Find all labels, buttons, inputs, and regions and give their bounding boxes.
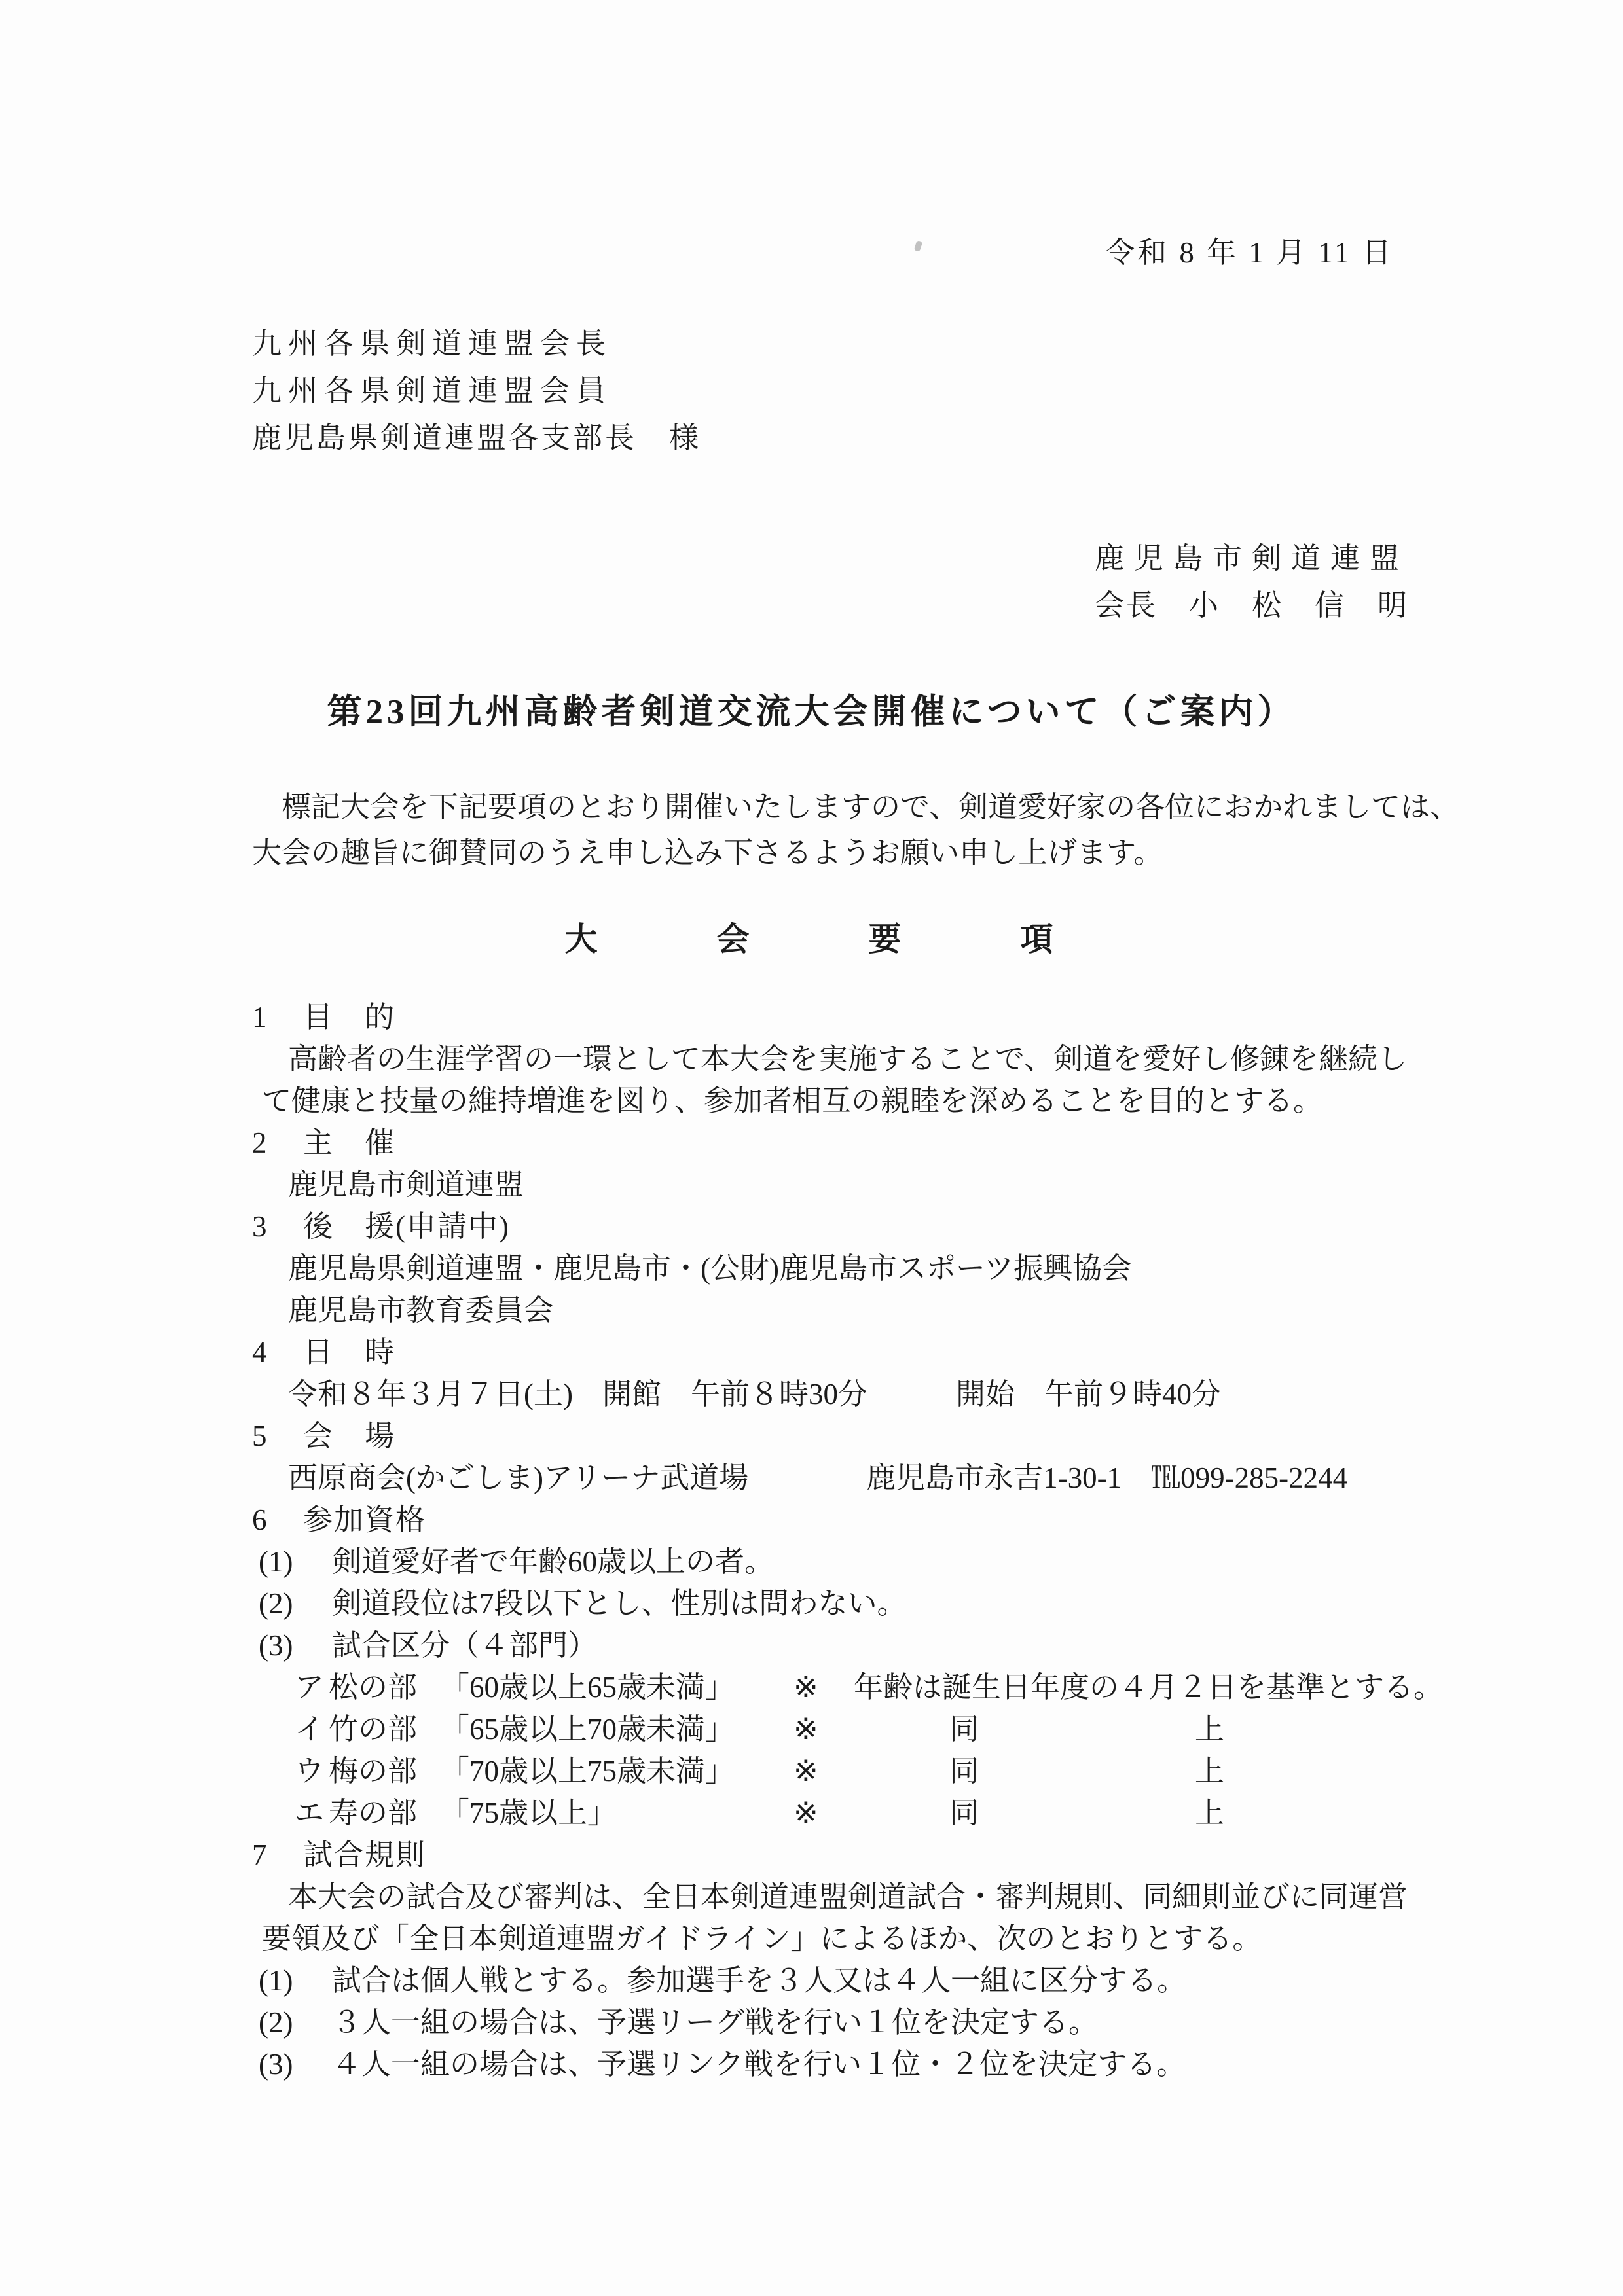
document-page: 令和 8 年 1 月 11 日 九州各県剣道連盟会長 九州各県剣道連盟会員 鹿児… xyxy=(0,0,1623,2296)
sender-organization: 鹿児島市剣道連盟 xyxy=(1095,535,1623,582)
division-kana: ウ xyxy=(295,1750,329,1792)
section-organizer: 2主 催 鹿児島市剣道連盟 xyxy=(0,1122,1623,1206)
reference-mark: ※ xyxy=(793,1750,839,1792)
section-body-line: 鹿児島市教育委員会 xyxy=(288,1289,1623,1331)
ditto-mark: 上 xyxy=(1195,1708,1224,1750)
section-body-line: 本大会の試合及び審判は、全日本剣道連盟剣道試合・審判規則、同細則並びに同運営 xyxy=(288,1876,1623,1918)
reference-mark: ※ xyxy=(793,1666,839,1708)
division-name: 松の部 xyxy=(329,1666,440,1708)
item-number: (1) xyxy=(259,1960,332,2001)
section-label: 参加資格 xyxy=(303,1503,426,1536)
division-row: ウ梅の部「70歳以上75歳未満」※同上 xyxy=(295,1750,1623,1792)
section-number: 6 xyxy=(252,1499,303,1541)
division-kana: ア xyxy=(295,1666,329,1708)
division-name: 梅の部 xyxy=(329,1750,440,1792)
section-venue: 5会 場 西原商会(かごしま)アリーナ武道場 鹿児島市永吉1-30-1 ℡099… xyxy=(0,1415,1623,1499)
section-number: 3 xyxy=(252,1206,303,1247)
intro-paragraph: 標記大会を下記要項のとおり開催いたしますので、剣道愛好家の各位におかれましては、… xyxy=(0,784,1623,876)
division-age-range: 「60歳以上65歳未満」 xyxy=(440,1666,793,1708)
recipient-line: 九州各県剣道連盟会長 xyxy=(252,320,1623,367)
recipient-line: 鹿児島県剣道連盟各支部長 様 xyxy=(252,414,1623,461)
age-basis-note: 年齢は誕生日年度の４月２日を基準とする。 xyxy=(854,1666,1443,1708)
sender-block: 鹿児島市剣道連盟 会長 小 松 信 明 xyxy=(1095,535,1623,629)
item-text: ３人一組の場合は、予選リーグ戦を行い１位を決定する。 xyxy=(332,2006,1098,2039)
section-label: 目 的 xyxy=(303,1001,395,1033)
section-label: 主 催 xyxy=(303,1126,395,1159)
recipient-line: 九州各県剣道連盟会員 xyxy=(252,367,1623,414)
section-label: 会 場 xyxy=(303,1420,395,1452)
intro-line: 標記大会を下記要項のとおり開催いたしますので、剣道愛好家の各位におかれましては、 xyxy=(282,784,1623,830)
section-heading: 6参加資格 xyxy=(252,1499,1623,1541)
section-body-line: 鹿児島市剣道連盟 xyxy=(288,1164,1623,1206)
section-heading: 7試合規則 xyxy=(252,1834,1623,1876)
rule-item: (2)３人一組の場合は、予選リーグ戦を行い１位を決定する。 xyxy=(259,2001,1623,2043)
item-number: (2) xyxy=(259,2001,332,2043)
section-heading: 4日 時 xyxy=(252,1331,1623,1373)
section-support: 3後 援(申請中) 鹿児島県剣道連盟・鹿児島市・(公財)鹿児島市スポーツ振興協会… xyxy=(0,1206,1623,1331)
division-age-range: 「70歳以上75歳未満」 xyxy=(440,1750,793,1792)
division-kana: エ xyxy=(295,1792,329,1834)
intro-line: 大会の趣旨に御賛同のうえ申し込み下さるようお願い申し上げます。 xyxy=(252,830,1623,876)
eligibility-item: (2)剣道段位は7段以下とし、性別は問わない。 xyxy=(259,1583,1623,1624)
division-age-range: 「65歳以上70歳未満」 xyxy=(440,1708,793,1750)
recipient-block: 九州各県剣道連盟会長 九州各県剣道連盟会員 鹿児島県剣道連盟各支部長 様 xyxy=(252,320,1623,461)
item-text: 試合区分（４部門） xyxy=(332,1629,597,1662)
section-body-line: て健康と技量の維持増進を図り、参加者相互の親睦を深めることを目的とする。 xyxy=(262,1080,1623,1122)
ditto-mark: 上 xyxy=(1195,1750,1224,1792)
item-text: ４人一組の場合は、予選リンク戦を行い１位・２位を決定する。 xyxy=(332,2048,1186,2081)
ditto-mark: 上 xyxy=(1195,1792,1224,1834)
item-text: 試合は個人戦とする。参加選手を３人又は４人一組に区分する。 xyxy=(332,1964,1186,1997)
section-body-line: 鹿児島県剣道連盟・鹿児島市・(公財)鹿児島市スポーツ振興協会 xyxy=(288,1247,1623,1289)
section-body-line: 高齢者の生涯学習の一環として本大会を実施することで、剣道を愛好し修錬を継続し xyxy=(288,1038,1623,1080)
document-title: 第23回九州高齢者剣道交流大会開催について（ご案内） xyxy=(0,691,1623,733)
item-text: 剣道段位は7段以下とし、性別は問わない。 xyxy=(332,1587,907,1620)
section-body-line: 要領及び「全日本剣道連盟ガイドライン」によるほか、次のとおりとする。 xyxy=(262,1918,1623,1960)
outline-heading: 大 会 要 項 xyxy=(0,916,1623,962)
rule-item: (3)４人一組の場合は、予選リンク戦を行い１位・２位を決定する。 xyxy=(259,2043,1623,2085)
section-number: 7 xyxy=(252,1834,303,1876)
section-datetime: 4日 時 令和８年３月７日(土) 開館 午前８時30分 開始 午前９時40分 xyxy=(0,1331,1623,1415)
issue-date: 令和 8 年 1 月 11 日 xyxy=(0,232,1623,273)
section-heading: 2主 催 xyxy=(252,1122,1623,1164)
item-number: (3) xyxy=(259,1624,332,1666)
section-label: 日 時 xyxy=(303,1336,395,1369)
section-label: 試合規則 xyxy=(303,1839,426,1871)
reference-mark: ※ xyxy=(793,1792,839,1834)
section-number: 4 xyxy=(252,1331,303,1373)
section-heading: 1目 的 xyxy=(252,996,1623,1038)
item-number: (2) xyxy=(259,1583,332,1624)
section-match-rules: 7試合規則 本大会の試合及び審判は、全日本剣道連盟剣道試合・審判規則、同細則並び… xyxy=(0,1834,1623,2085)
item-number: (1) xyxy=(259,1541,332,1583)
division-row: ア松の部「60歳以上65歳未満」※年齢は誕生日年度の４月２日を基準とする。 xyxy=(295,1666,1623,1708)
outline-body: 1目 的 高齢者の生涯学習の一環として本大会を実施することで、剣道を愛好し修錬を… xyxy=(0,996,1623,2085)
ditto-mark: 同 xyxy=(949,1708,979,1750)
ditto-mark: 同 xyxy=(949,1792,979,1834)
section-heading: 3後 援(申請中) xyxy=(252,1206,1623,1247)
division-row: エ寿の部「75歳以上」※同上 xyxy=(295,1792,1623,1834)
division-kana: イ xyxy=(295,1708,329,1750)
section-number: 1 xyxy=(252,996,303,1038)
section-number: 5 xyxy=(252,1415,303,1457)
item-number: (3) xyxy=(259,2043,332,2085)
eligibility-item: (3)試合区分（４部門） xyxy=(259,1624,1623,1666)
eligibility-item: (1)剣道愛好者で年齢60歳以上の者。 xyxy=(259,1541,1623,1583)
division-name: 寿の部 xyxy=(329,1792,440,1834)
section-label: 後 援(申請中) xyxy=(303,1210,510,1243)
item-text: 剣道愛好者で年齢60歳以上の者。 xyxy=(332,1545,774,1578)
division-age-range: 「75歳以上」 xyxy=(440,1792,793,1834)
rule-item: (1)試合は個人戦とする。参加選手を３人又は４人一組に区分する。 xyxy=(259,1960,1623,2001)
sender-president: 会長 小 松 信 明 xyxy=(1095,582,1623,629)
reference-mark: ※ xyxy=(793,1708,839,1750)
section-eligibility: 6参加資格 (1)剣道愛好者で年齢60歳以上の者。 (2)剣道段位は7段以下とし… xyxy=(0,1499,1623,1834)
section-heading: 5会 場 xyxy=(252,1415,1623,1457)
division-row: イ竹の部「65歳以上70歳未満」※同上 xyxy=(295,1708,1623,1750)
section-body-line: 西原商会(かごしま)アリーナ武道場 鹿児島市永吉1-30-1 ℡099-285-… xyxy=(288,1457,1623,1499)
section-number: 2 xyxy=(252,1122,303,1164)
division-name: 竹の部 xyxy=(329,1708,440,1750)
section-purpose: 1目 的 高齢者の生涯学習の一環として本大会を実施することで、剣道を愛好し修錬を… xyxy=(0,996,1623,1122)
ditto-mark: 同 xyxy=(949,1750,979,1792)
section-body-line: 令和８年３月７日(土) 開館 午前８時30分 開始 午前９時40分 xyxy=(288,1373,1623,1415)
